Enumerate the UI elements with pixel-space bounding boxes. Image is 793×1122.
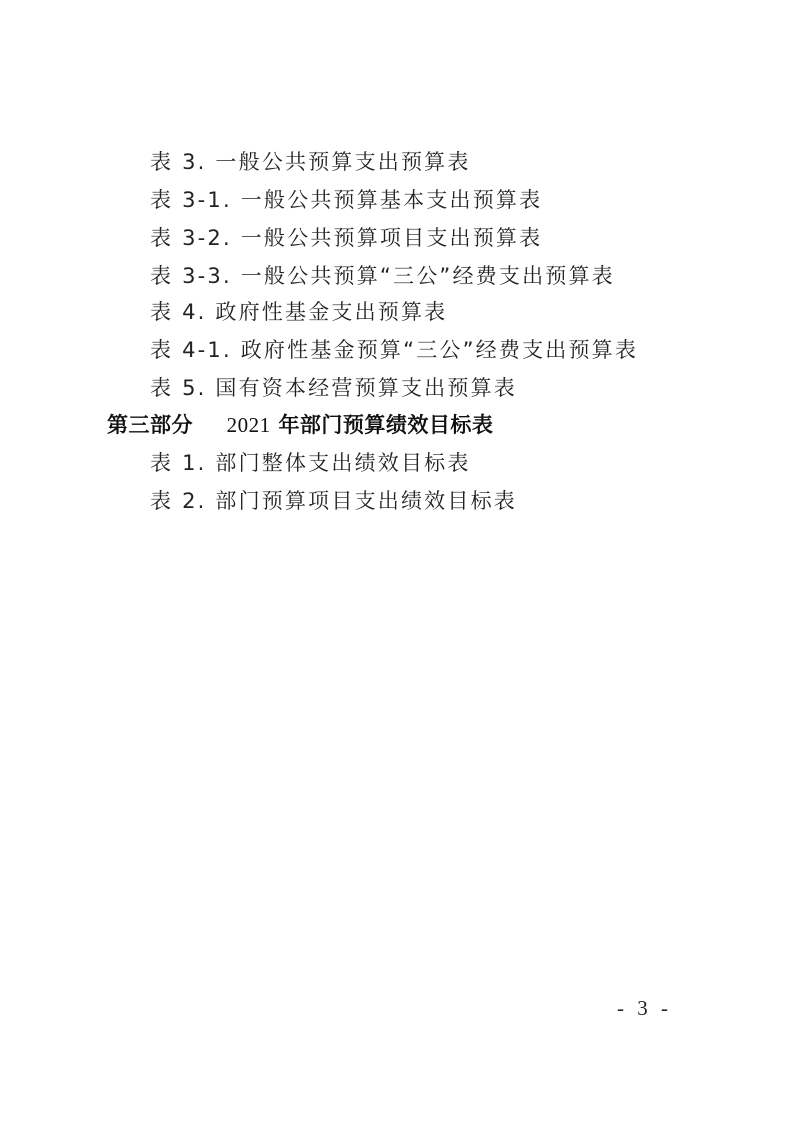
toc-item: 表 3-3. 一般公共预算“三公”经费支出预算表: [150, 266, 615, 287]
toc-item: 表 3-1. 一般公共预算基本支出预算表: [150, 190, 542, 211]
toc-item: 表 3-2. 一般公共预算项目支出预算表: [150, 228, 542, 249]
page-number: - 3 -: [617, 996, 672, 1021]
toc-item: 表 3. 一般公共预算支出预算表: [150, 152, 471, 173]
section-year: 2021: [227, 413, 271, 437]
section-prefix: 第三部分: [107, 413, 193, 437]
toc-item: 表 1. 部门整体支出绩效目标表: [150, 453, 471, 474]
toc-item: 表 2. 部门预算项目支出绩效目标表: [150, 491, 517, 512]
toc-item: 表 4-1. 政府性基金预算“三公”经费支出预算表: [150, 340, 638, 361]
section-heading: 第三部分 2021 年部门预算绩效目标表: [107, 415, 493, 436]
toc-item: 表 5. 国有资本经营预算支出预算表: [150, 378, 517, 399]
section-title: 年部门预算绩效目标表: [278, 413, 493, 437]
toc-item: 表 4. 政府性基金支出预算表: [150, 302, 447, 323]
